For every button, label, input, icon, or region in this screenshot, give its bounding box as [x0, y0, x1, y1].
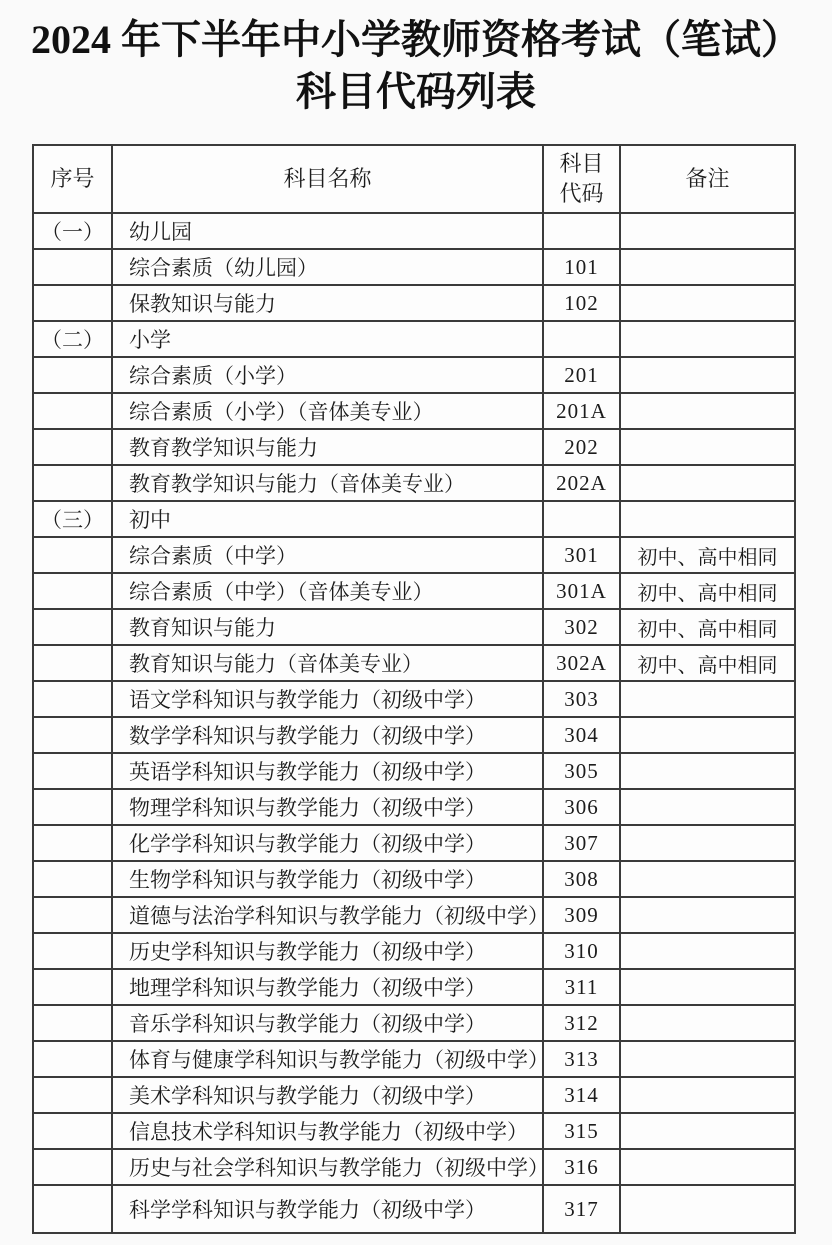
subject-code-cell: 303 — [543, 681, 620, 717]
remark-cell — [620, 357, 795, 393]
subject-name-cell: 综合素质（小学） — [112, 357, 543, 393]
remark-cell — [620, 861, 795, 897]
table-row: 历史与社会学科知识与教学能力（初级中学） 316 — [33, 1149, 795, 1185]
subject-code-cell: 301 — [543, 537, 620, 573]
subject-name-cell: 小学 — [112, 321, 543, 357]
table-row: 数学学科知识与教学能力（初级中学） 304 — [33, 717, 795, 753]
table-row: 教育教学知识与能力 202 — [33, 429, 795, 465]
subject-code-cell: 308 — [543, 861, 620, 897]
subject-code-cell: 313 — [543, 1041, 620, 1077]
subject-code-cell: 202 — [543, 429, 620, 465]
subject-name-cell: 保教知识与能力 — [112, 285, 543, 321]
subject-code-cell: 315 — [543, 1113, 620, 1149]
subject-name-cell: 物理学科知识与教学能力（初级中学） — [112, 789, 543, 825]
serial-number-cell — [33, 285, 112, 321]
table-row: 历史学科知识与教学能力（初级中学） 310 — [33, 933, 795, 969]
subject-code-cell: 201A — [543, 393, 620, 429]
remark-cell — [620, 717, 795, 753]
header-subject-code: 科目代码 — [543, 145, 620, 213]
table-row: 综合素质（中学） 301 初中、高中相同 — [33, 537, 795, 573]
subject-code-cell — [543, 213, 620, 249]
subject-code-cell: 301A — [543, 573, 620, 609]
serial-number-cell — [33, 789, 112, 825]
serial-number-cell — [33, 1149, 112, 1185]
table-row: 体育与健康学科知识与教学能力（初级中学） 313 — [33, 1041, 795, 1077]
serial-number-cell — [33, 861, 112, 897]
table-row: 保教知识与能力 102 — [33, 285, 795, 321]
page-title-line-1: 2024 年下半年中小学教师资格考试（笔试） — [0, 14, 832, 66]
subject-code-cell: 201 — [543, 357, 620, 393]
subject-code-cell: 101 — [543, 249, 620, 285]
table-row: 化学学科知识与教学能力（初级中学） 307 — [33, 825, 795, 861]
subject-name-cell: 教育教学知识与能力 — [112, 429, 543, 465]
remark-cell — [620, 465, 795, 501]
subject-code-cell: 302A — [543, 645, 620, 681]
subject-name-cell: 综合素质（小学）（音体美专业） — [112, 393, 543, 429]
serial-number-cell: （二） — [33, 321, 112, 357]
subject-code-cell — [543, 321, 620, 357]
subject-name-cell: 音乐学科知识与教学能力（初级中学） — [112, 1005, 543, 1041]
remark-cell — [620, 285, 795, 321]
table-row: 综合素质（幼儿园） 101 — [33, 249, 795, 285]
remark-cell — [620, 753, 795, 789]
table-row: 地理学科知识与教学能力（初级中学） 311 — [33, 969, 795, 1005]
remark-cell: 初中、高中相同 — [620, 609, 795, 645]
subject-name-cell: 历史学科知识与教学能力（初级中学） — [112, 933, 543, 969]
header-subject-name: 科目名称 — [112, 145, 543, 213]
serial-number-cell — [33, 717, 112, 753]
serial-number-cell — [33, 645, 112, 681]
table-row: 综合素质（小学）（音体美专业） 201A — [33, 393, 795, 429]
subject-name-cell: 信息技术学科知识与教学能力（初级中学） — [112, 1113, 543, 1149]
serial-number-cell — [33, 573, 112, 609]
subject-code-cell: 309 — [543, 897, 620, 933]
subject-code-cell: 317 — [543, 1185, 620, 1233]
subject-name-cell: 化学学科知识与教学能力（初级中学） — [112, 825, 543, 861]
subject-code-cell: 316 — [543, 1149, 620, 1185]
table-row: （三） 初中 — [33, 501, 795, 537]
subject-code-cell: 314 — [543, 1077, 620, 1113]
serial-number-cell — [33, 429, 112, 465]
table-row: 科学学科知识与教学能力（初级中学） 317 — [33, 1185, 795, 1233]
subject-code-cell: 102 — [543, 285, 620, 321]
remark-cell — [620, 501, 795, 537]
serial-number-cell — [33, 753, 112, 789]
remark-cell — [620, 681, 795, 717]
serial-number-cell — [33, 1077, 112, 1113]
serial-number-cell — [33, 825, 112, 861]
serial-number-cell — [33, 249, 112, 285]
subject-code-cell: 302 — [543, 609, 620, 645]
subject-name-cell: 教育知识与能力 — [112, 609, 543, 645]
remark-cell — [620, 897, 795, 933]
remark-cell — [620, 321, 795, 357]
table-row: 语文学科知识与教学能力（初级中学） 303 — [33, 681, 795, 717]
table-row: 教育教学知识与能力（音体美专业） 202A — [33, 465, 795, 501]
subject-code-cell: 307 — [543, 825, 620, 861]
serial-number-cell — [33, 681, 112, 717]
subject-name-cell: 美术学科知识与教学能力（初级中学） — [112, 1077, 543, 1113]
remark-cell — [620, 969, 795, 1005]
header-remark: 备注 — [620, 145, 795, 213]
subject-name-cell: 综合素质（中学） — [112, 537, 543, 573]
table-row: 英语学科知识与教学能力（初级中学） 305 — [33, 753, 795, 789]
serial-number-cell — [33, 933, 112, 969]
document-page: 2024 年下半年中小学教师资格考试（笔试） 科目代码列表 序号 科目名称 科目… — [0, 0, 832, 1245]
remark-cell — [620, 825, 795, 861]
subject-name-cell: 地理学科知识与教学能力（初级中学） — [112, 969, 543, 1005]
serial-number-cell — [33, 537, 112, 573]
table-row: 物理学科知识与教学能力（初级中学） 306 — [33, 789, 795, 825]
subject-name-cell: 数学学科知识与教学能力（初级中学） — [112, 717, 543, 753]
table-row: （二） 小学 — [33, 321, 795, 357]
header-serial-number: 序号 — [33, 145, 112, 213]
remark-cell: 初中、高中相同 — [620, 645, 795, 681]
subject-code-cell: 305 — [543, 753, 620, 789]
subject-name-cell: 幼儿园 — [112, 213, 543, 249]
remark-cell — [620, 393, 795, 429]
subject-code-cell — [543, 501, 620, 537]
remark-cell — [620, 933, 795, 969]
remark-cell — [620, 213, 795, 249]
subject-name-cell: 教育知识与能力（音体美专业） — [112, 645, 543, 681]
remark-cell — [620, 1005, 795, 1041]
table-row: （一） 幼儿园 — [33, 213, 795, 249]
subject-name-cell: 综合素质（中学）（音体美专业） — [112, 573, 543, 609]
subject-name-cell: 综合素质（幼儿园） — [112, 249, 543, 285]
remark-cell — [620, 789, 795, 825]
serial-number-cell — [33, 897, 112, 933]
subject-code-table: 序号 科目名称 科目代码 备注 （一） 幼儿园 综合素质（幼儿园） 101 保教… — [32, 144, 796, 1234]
subject-name-cell: 语文学科知识与教学能力（初级中学） — [112, 681, 543, 717]
table-row: 综合素质（小学） 201 — [33, 357, 795, 393]
subject-code-cell: 202A — [543, 465, 620, 501]
serial-number-cell — [33, 393, 112, 429]
serial-number-cell — [33, 1005, 112, 1041]
subject-code-cell: 304 — [543, 717, 620, 753]
subject-code-cell: 311 — [543, 969, 620, 1005]
table-row: 生物学科知识与教学能力（初级中学） 308 — [33, 861, 795, 897]
subject-code-cell: 306 — [543, 789, 620, 825]
subject-name-cell: 道德与法治学科知识与教学能力（初级中学） — [112, 897, 543, 933]
remark-cell: 初中、高中相同 — [620, 537, 795, 573]
subject-name-cell: 体育与健康学科知识与教学能力（初级中学） — [112, 1041, 543, 1077]
remark-cell — [620, 249, 795, 285]
page-title: 2024 年下半年中小学教师资格考试（笔试） 科目代码列表 — [0, 0, 832, 118]
table-header-row: 序号 科目名称 科目代码 备注 — [33, 145, 795, 213]
serial-number-cell: （一） — [33, 213, 112, 249]
table-row: 美术学科知识与教学能力（初级中学） 314 — [33, 1077, 795, 1113]
remark-cell — [620, 1041, 795, 1077]
remark-cell: 初中、高中相同 — [620, 573, 795, 609]
remark-cell — [620, 429, 795, 465]
page-title-line-2: 科目代码列表 — [0, 66, 832, 118]
subject-code-cell: 312 — [543, 1005, 620, 1041]
serial-number-cell: （三） — [33, 501, 112, 537]
serial-number-cell — [33, 609, 112, 645]
remark-cell — [620, 1113, 795, 1149]
table-row: 道德与法治学科知识与教学能力（初级中学） 309 — [33, 897, 795, 933]
subject-name-cell: 教育教学知识与能力（音体美专业） — [112, 465, 543, 501]
subject-name-cell: 科学学科知识与教学能力（初级中学） — [112, 1185, 543, 1233]
serial-number-cell — [33, 465, 112, 501]
remark-cell — [620, 1077, 795, 1113]
subject-code-cell: 310 — [543, 933, 620, 969]
subject-name-cell: 英语学科知识与教学能力（初级中学） — [112, 753, 543, 789]
table-row: 教育知识与能力（音体美专业） 302A 初中、高中相同 — [33, 645, 795, 681]
serial-number-cell — [33, 1041, 112, 1077]
serial-number-cell — [33, 1185, 112, 1233]
table-row: 音乐学科知识与教学能力（初级中学） 312 — [33, 1005, 795, 1041]
subject-name-cell: 历史与社会学科知识与教学能力（初级中学） — [112, 1149, 543, 1185]
subject-name-cell: 生物学科知识与教学能力（初级中学） — [112, 861, 543, 897]
serial-number-cell — [33, 357, 112, 393]
remark-cell — [620, 1149, 795, 1185]
serial-number-cell — [33, 969, 112, 1005]
table-row: 教育知识与能力 302 初中、高中相同 — [33, 609, 795, 645]
table-row: 综合素质（中学）（音体美专业） 301A 初中、高中相同 — [33, 573, 795, 609]
table-row: 信息技术学科知识与教学能力（初级中学） 315 — [33, 1113, 795, 1149]
subject-name-cell: 初中 — [112, 501, 543, 537]
serial-number-cell — [33, 1113, 112, 1149]
remark-cell — [620, 1185, 795, 1233]
table-body: （一） 幼儿园 综合素质（幼儿园） 101 保教知识与能力 102 （二） 小学… — [33, 213, 795, 1233]
